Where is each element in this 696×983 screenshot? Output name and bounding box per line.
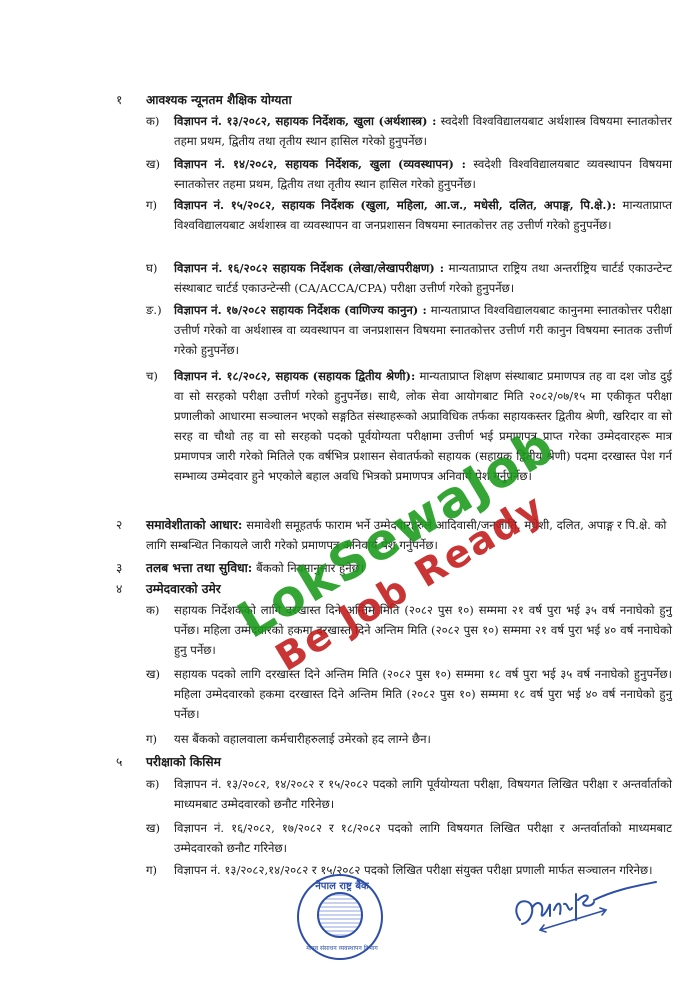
- item-text: विज्ञापन नं. १६/२०८२, १७/२०८२ र १८/२०८२ …: [174, 818, 672, 858]
- section-text: बैंकको नियमानुसार हुनेछ।: [256, 561, 364, 575]
- item-text: मान्यताप्राप्त शिक्षण संस्थाबाट प्रमाणपत…: [174, 369, 672, 483]
- section-number: १: [116, 90, 140, 110]
- section-title: परीक्षाको किसिम: [146, 752, 676, 772]
- section-number: ४: [116, 579, 140, 599]
- list-item-1-kha: ख) विज्ञापन नं. १४/२०८२, सहायक निर्देशक,…: [146, 154, 672, 194]
- item-title: विज्ञापन नं. १४/२०८२, सहायक निर्देशक, खु…: [174, 157, 466, 171]
- official-stamp: नेपाल राष्ट्र बैंक मानव संसाधन व्यवस्थाप…: [297, 874, 383, 960]
- section-title: समावेशीताको आधार:: [146, 518, 242, 532]
- item-label: ख): [146, 154, 172, 174]
- section-title: आवश्यक न्यूनतम शैक्षिक योग्यता: [146, 90, 676, 110]
- item-title: विज्ञापन नं. १३/२०८२, सहायक निर्देशक, खु…: [174, 114, 436, 128]
- list-item-1-ga: ग) विज्ञापन नं. १५/२०८२, सहायक निर्देशक …: [146, 195, 672, 235]
- list-item-5-ga: ग) विज्ञापन नं. १३/२०८२,१४/२०८२ र १५/२०८…: [146, 860, 672, 880]
- item-text: यस बैंकको वहालवाला कर्मचारीहरुलाई उमेरको…: [174, 729, 672, 749]
- stamp-emblem-icon: [317, 892, 363, 938]
- list-item-5-kha: ख) विज्ञापन नं. १६/२०८२, १७/२०८२ र १८/२०…: [146, 818, 672, 858]
- item-label: ङ.): [146, 300, 172, 320]
- list-item-1-nga: ङ.) विज्ञापन नं. १७/२०८२ सहायक निर्देशक …: [146, 300, 672, 360]
- stamp-bottom-text: मानव संसाधन व्यवस्थापन विभाग: [305, 944, 379, 952]
- section-title: उम्मेदवारको उमेर: [146, 579, 676, 599]
- item-label: च): [146, 366, 172, 386]
- item-title: विज्ञापन नं. १६/२०८२ सहायक निर्देशक (लेख…: [174, 261, 444, 275]
- list-item-1-ka: क) विज्ञापन नं. १३/२०८२, सहायक निर्देशक,…: [146, 111, 672, 151]
- item-label: ग): [146, 729, 172, 749]
- item-title: विज्ञापन नं. १७/२०८२ सहायक निर्देशक (वाण…: [174, 303, 427, 317]
- item-label: ग): [146, 195, 172, 215]
- section-number: २: [116, 515, 140, 535]
- section-title: तलब भत्ता तथा सुविधा:: [146, 561, 252, 575]
- list-item-4-ka: क) सहायक निर्देशकको लागि दरखास्त दिने अन…: [146, 600, 672, 660]
- document-page: १ आवश्यक न्यूनतम शैक्षिक योग्यता क) विज्…: [0, 0, 696, 983]
- item-label: क): [146, 111, 172, 131]
- item-label: घ): [146, 258, 172, 278]
- item-title: विज्ञापन नं. १५/२०८२, सहायक निर्देशक (खु…: [174, 198, 616, 212]
- item-text: विज्ञापन नं. १३/२०८२, १४/२०८२ र १५/२०८२ …: [174, 774, 672, 814]
- signature-icon: [510, 880, 660, 935]
- item-label: ख): [146, 818, 172, 838]
- list-item-5-ka: क) विज्ञापन नं. १३/२०८२, १४/२०८२ र १५/२०…: [146, 774, 672, 814]
- item-label: ग): [146, 860, 172, 880]
- section-number: ३: [116, 558, 140, 578]
- list-item-4-ga: ग) यस बैंकको वहालवाला कर्मचारीहरुलाई उमे…: [146, 729, 672, 749]
- item-label: क): [146, 774, 172, 794]
- list-item-4-kha: ख) सहायक पदको लागि दरखास्त दिने अन्तिम म…: [146, 664, 672, 724]
- item-text: सहायक पदको लागि दरखास्त दिने अन्तिम मिति…: [174, 664, 672, 724]
- item-text: विज्ञापन नं. १३/२०८२,१४/२०८२ र १५/२०८२ प…: [174, 860, 672, 880]
- section-number: ५: [116, 752, 140, 772]
- list-item-1-gha: घ) विज्ञापन नं. १६/२०८२ सहायक निर्देशक (…: [146, 258, 672, 298]
- item-label: ख): [146, 664, 172, 684]
- stamp-top-text: नेपाल राष्ट्र बैंक: [309, 878, 375, 892]
- list-item-1-cha: च) विज्ञापन नं. १८/२०८२, सहायक (सहायक द्…: [146, 366, 672, 486]
- item-label: क): [146, 600, 172, 620]
- item-title: विज्ञापन नं. १८/२०८२, सहायक (सहायक द्वित…: [174, 369, 415, 383]
- item-text: सहायक निर्देशकको लागि दरखास्त दिने अन्ति…: [174, 600, 672, 660]
